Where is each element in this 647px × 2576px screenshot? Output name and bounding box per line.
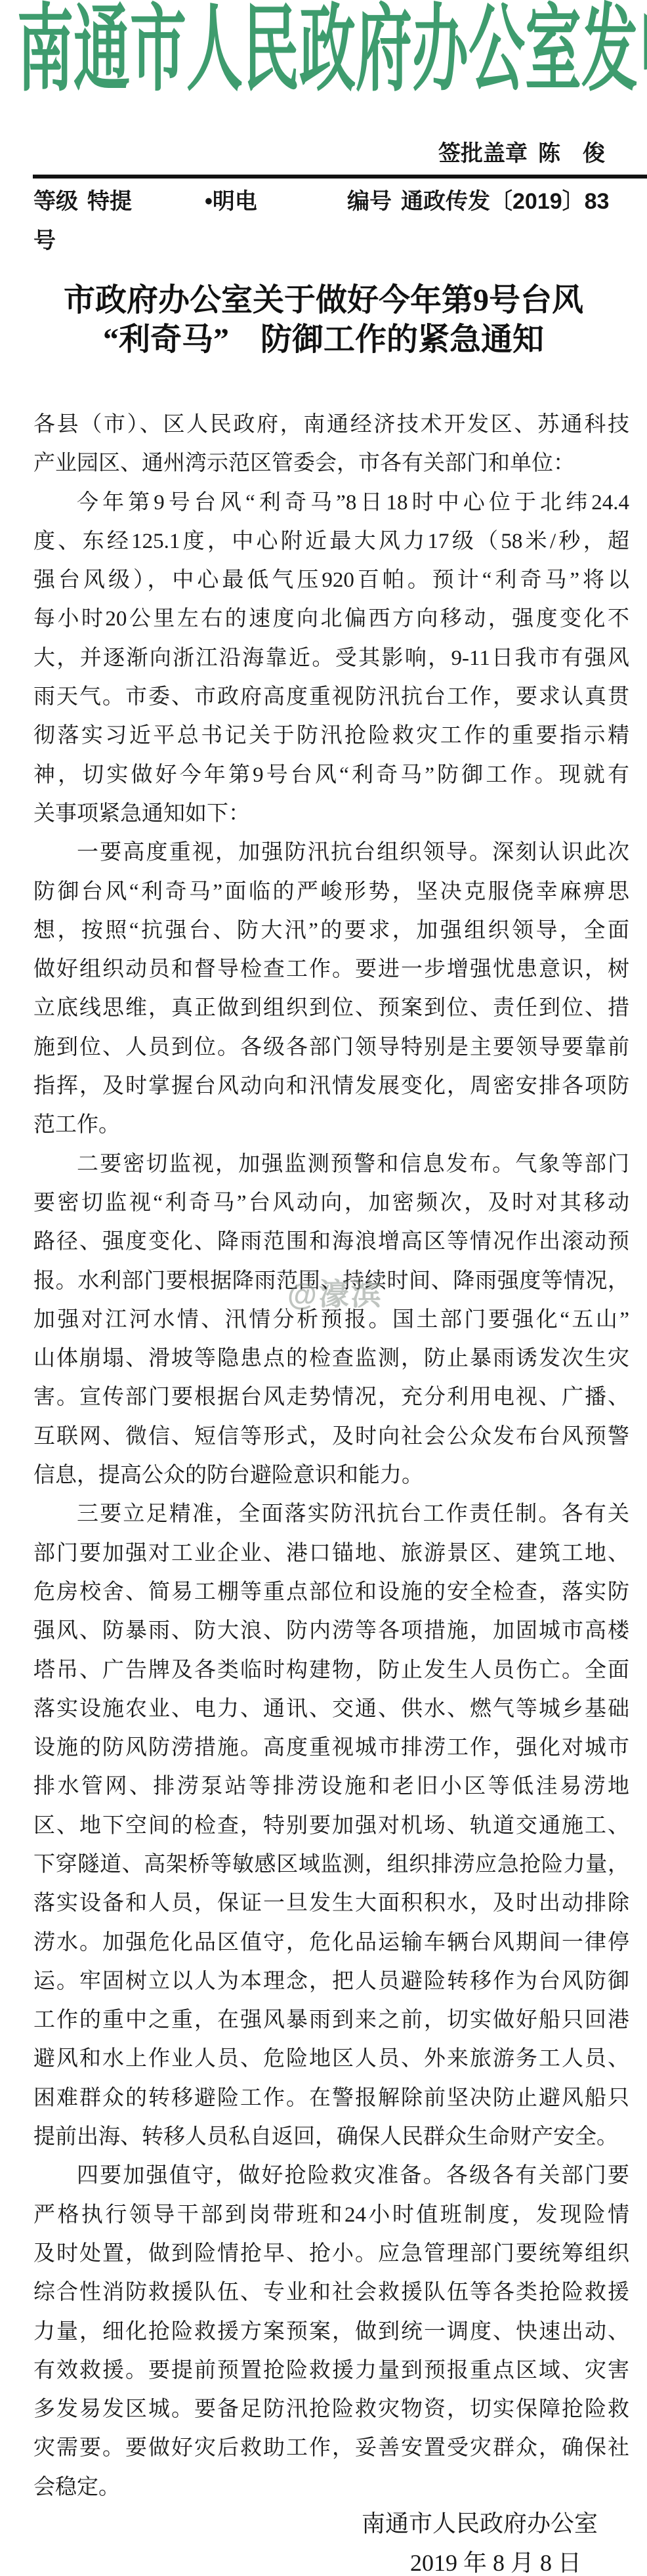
body-line: 排水管网、排涝泵站等排涝设施和老旧小区等低洼易涝地 <box>33 1767 629 1806</box>
grade-field: 等级特提 <box>33 182 132 221</box>
body-line: 立底线思维，真正做到组织到位、预案到位、责任到位、措 <box>33 989 629 1028</box>
body-line: 信息，提高公众的防台避险意识和能力。 <box>33 1456 629 1495</box>
body-line: 塔吊、广告牌及各类临时构建物，防止发生人员伤亡。全面 <box>33 1651 629 1690</box>
forum-watermark: @濠滨 <box>287 1271 383 1314</box>
approval-signer-name: 陈 俊 <box>538 141 605 166</box>
body-line: 防御台风“利奇马”面临的严峻形势，坚决克服侥幸麻痹思 <box>33 873 629 912</box>
body-line: 大，并逐渐向浙江沿海靠近。受其影响，9-11日我市有强风 <box>33 639 629 678</box>
body-line: 强风、防暴雨、防大浪、防内涝等各项措施，加固城市高楼 <box>33 1612 629 1651</box>
body-line: 强台风级），中心最低气压920百帕。预计“利奇马”将以 <box>33 561 629 600</box>
header-divider <box>33 175 647 179</box>
body-line: 四要加强值守，做好抢险救灾准备。各级各有关部门要 <box>33 2157 629 2195</box>
body-line: 今年第9号台风“利奇马”8日18时中心位于北纬24.4 <box>33 484 629 522</box>
body-line: 神，切实做好今年第9号台风“利奇马”防御工作。现就有 <box>33 756 629 795</box>
grade-label: 等级 <box>33 189 78 214</box>
body-line: 一要高度重视，加强防汛抗台组织领导。深刻认识此次 <box>33 834 629 872</box>
document-number-field: 编号通政传发〔2019〕83 <box>347 182 609 221</box>
number-label: 编号 <box>347 189 392 214</box>
approval-label: 签批盖章 <box>438 141 528 166</box>
body-line: 有效救援。要提前预置抢险救援力量到预报重点区域、灾害 <box>33 2352 629 2390</box>
approval-line: 签批盖章陈 俊 <box>438 140 605 167</box>
body-line: 二要密切监视，加强监测预警和信息发布。气象等部门 <box>33 1145 629 1184</box>
body-line: 彻落实习近平总书记关于防汛抢险救灾工作的重要指示精 <box>33 717 629 755</box>
body-line: 避风和水上作业人员、危险地区人员、外来旅游务工人员、 <box>33 2040 629 2079</box>
agency-masthead-title: 南通市人民政府办公室发电 <box>17 1 647 98</box>
body-line: 危房校舍、简易工棚等重点部位和设施的安全检查，落实防 <box>33 1573 629 1612</box>
body-line: 工作的重中之重，在强风暴雨到来之前，切实做好船只回港 <box>33 2001 629 2040</box>
body-line: 力量，细化抢险救援方案预案，做到统一调度、快速出动、 <box>33 2313 629 2352</box>
body-line: 指挥，及时掌握台风动向和汛情发展变化，周密安排各项防 <box>33 1067 629 1106</box>
body-line: 运。牢固树立以人为本理念，把人员避险转移作为台风防御 <box>33 1962 629 2001</box>
body-line: 度、东经125.1度，中心附近最大风力17级（58米/秒，超 <box>33 522 629 561</box>
body-line: 三要立足精准，全面落实防汛抗台工作责任制。各有关 <box>33 1495 629 1534</box>
document-number-wrap: 号 <box>33 221 629 261</box>
body-line: 范工作。 <box>33 1106 629 1145</box>
body-line: 困难群众的转移避险工作。在警报解除前坚决防止避风船只 <box>33 2079 629 2118</box>
document-page: 南通市人民政府办公室发电 签批盖章陈 俊 等级特提 •明电 编号通政传发〔201… <box>0 0 647 2576</box>
body-line: 路径、强度变化、降雨范围和海浪增高区等情况作出滚动预 <box>33 1223 629 1261</box>
document-date: 2019 年 8 月 8 日 <box>410 2548 581 2576</box>
body-line: 施到位、人员到位。各级各部门领导特别是主要领导要靠前 <box>33 1028 629 1067</box>
body-line: 综合性消防救援队伍、专业和社会救援队伍等各类抢险救援 <box>33 2273 629 2312</box>
body-line: 每小时20公里左右的速度向北偏西方向移动，强度变化不 <box>33 600 629 639</box>
document-title-line1: 市政府办公室关于做好今年第9号台风 <box>0 281 647 320</box>
body-line: 设施的防风防涝措施。高度重视城市排涝工作，强化对城市 <box>33 1729 629 1767</box>
body-line: 产业园区、通州湾示范区管委会，市各有关部门和单位： <box>33 444 629 483</box>
meta-fields: 等级特提 •明电 编号通政传发〔2019〕83 号 <box>33 182 629 261</box>
body-line: 各县（市）、区人民政府，南通经济技术开发区、苏通科技 <box>33 406 629 444</box>
body-line: 落实设备和人员，保证一旦发生大面积积水，及时出动排除 <box>33 1884 629 1923</box>
body-line: 关事项紧急通知如下： <box>33 795 629 834</box>
body-line: 互联网、微信、短信等形式，及时向社会公众发布台风预警 <box>33 1418 629 1456</box>
body-line: 雨天气。市委、市政府高度重视防汛抗台工作，要求认真贯 <box>33 678 629 717</box>
body-line: 做好组织动员和督导检查工作。要进一步增强忧患意识，树 <box>33 950 629 989</box>
body-line: 害。宣传部门要根据台风走势情况，充分利用电视、广播、 <box>33 1378 629 1417</box>
issuer-signature: 南通市人民政府办公室 <box>362 2508 598 2539</box>
body-line: 灾需要。要做好灾后救助工作，妥善安置受灾群众，确保社 <box>33 2429 629 2468</box>
channel-field: •明电 <box>205 182 257 221</box>
body-line: 严格执行领导干部到岗带班和24小时值班制度，发现险情 <box>33 2196 629 2235</box>
body-line: 下穿隧道、高架桥等敏感区域监测，组织排涝应急抢险力量， <box>33 1846 629 1884</box>
body-line: 会稳定。 <box>33 2468 629 2507</box>
body-line: 部门要加强对工业企业、港口锚地、旅游景区、建筑工地、 <box>33 1534 629 1573</box>
body-line: 提前出海、转移人员私自返回，确保人民群众生命财产安全。 <box>33 2118 629 2157</box>
body-line: 山体崩塌、滑坡等隐患点的检查监测，防止暴雨诱发次生灾 <box>33 1340 629 1378</box>
body-line: 想，按照“抗强台、防大汛”的要求，加强组织领导，全面 <box>33 912 629 950</box>
document-title: 市政府办公室关于做好今年第9号台风 “利奇马” 防御工作的紧急通知 <box>0 281 647 360</box>
document-title-line2: “利奇马” 防御工作的紧急通知 <box>0 320 647 360</box>
body-text: 各县（市）、区人民政府，南通经济技术开发区、苏通科技产业园区、通州湾示范区管委会… <box>33 406 629 2507</box>
meta-row-1: 等级特提 •明电 编号通政传发〔2019〕83 <box>33 182 629 221</box>
body-line: 要密切监视“利奇马”台风动向，加密频次，及时对其移动 <box>33 1184 629 1223</box>
body-line: 及时处置，做到险情抢早、抢小。应急管理部门要统筹组织 <box>33 2235 629 2273</box>
body-line: 区、地下空间的检查，特别要加强对机场、轨道交通施工、 <box>33 1807 629 1846</box>
body-line: 多发易发区城。要备足防汛抢险救灾物资，切实保障抢险救 <box>33 2390 629 2429</box>
body-line: 涝水。加强危化品区值守，危化品运输车辆台风期间一律停 <box>33 1924 629 1962</box>
body-line: 落实设施农业、电力、通讯、交通、供水、燃气等城乡基础 <box>33 1690 629 1729</box>
grade-value: 特提 <box>87 189 132 214</box>
number-value: 通政传发〔2019〕83 <box>401 189 609 214</box>
